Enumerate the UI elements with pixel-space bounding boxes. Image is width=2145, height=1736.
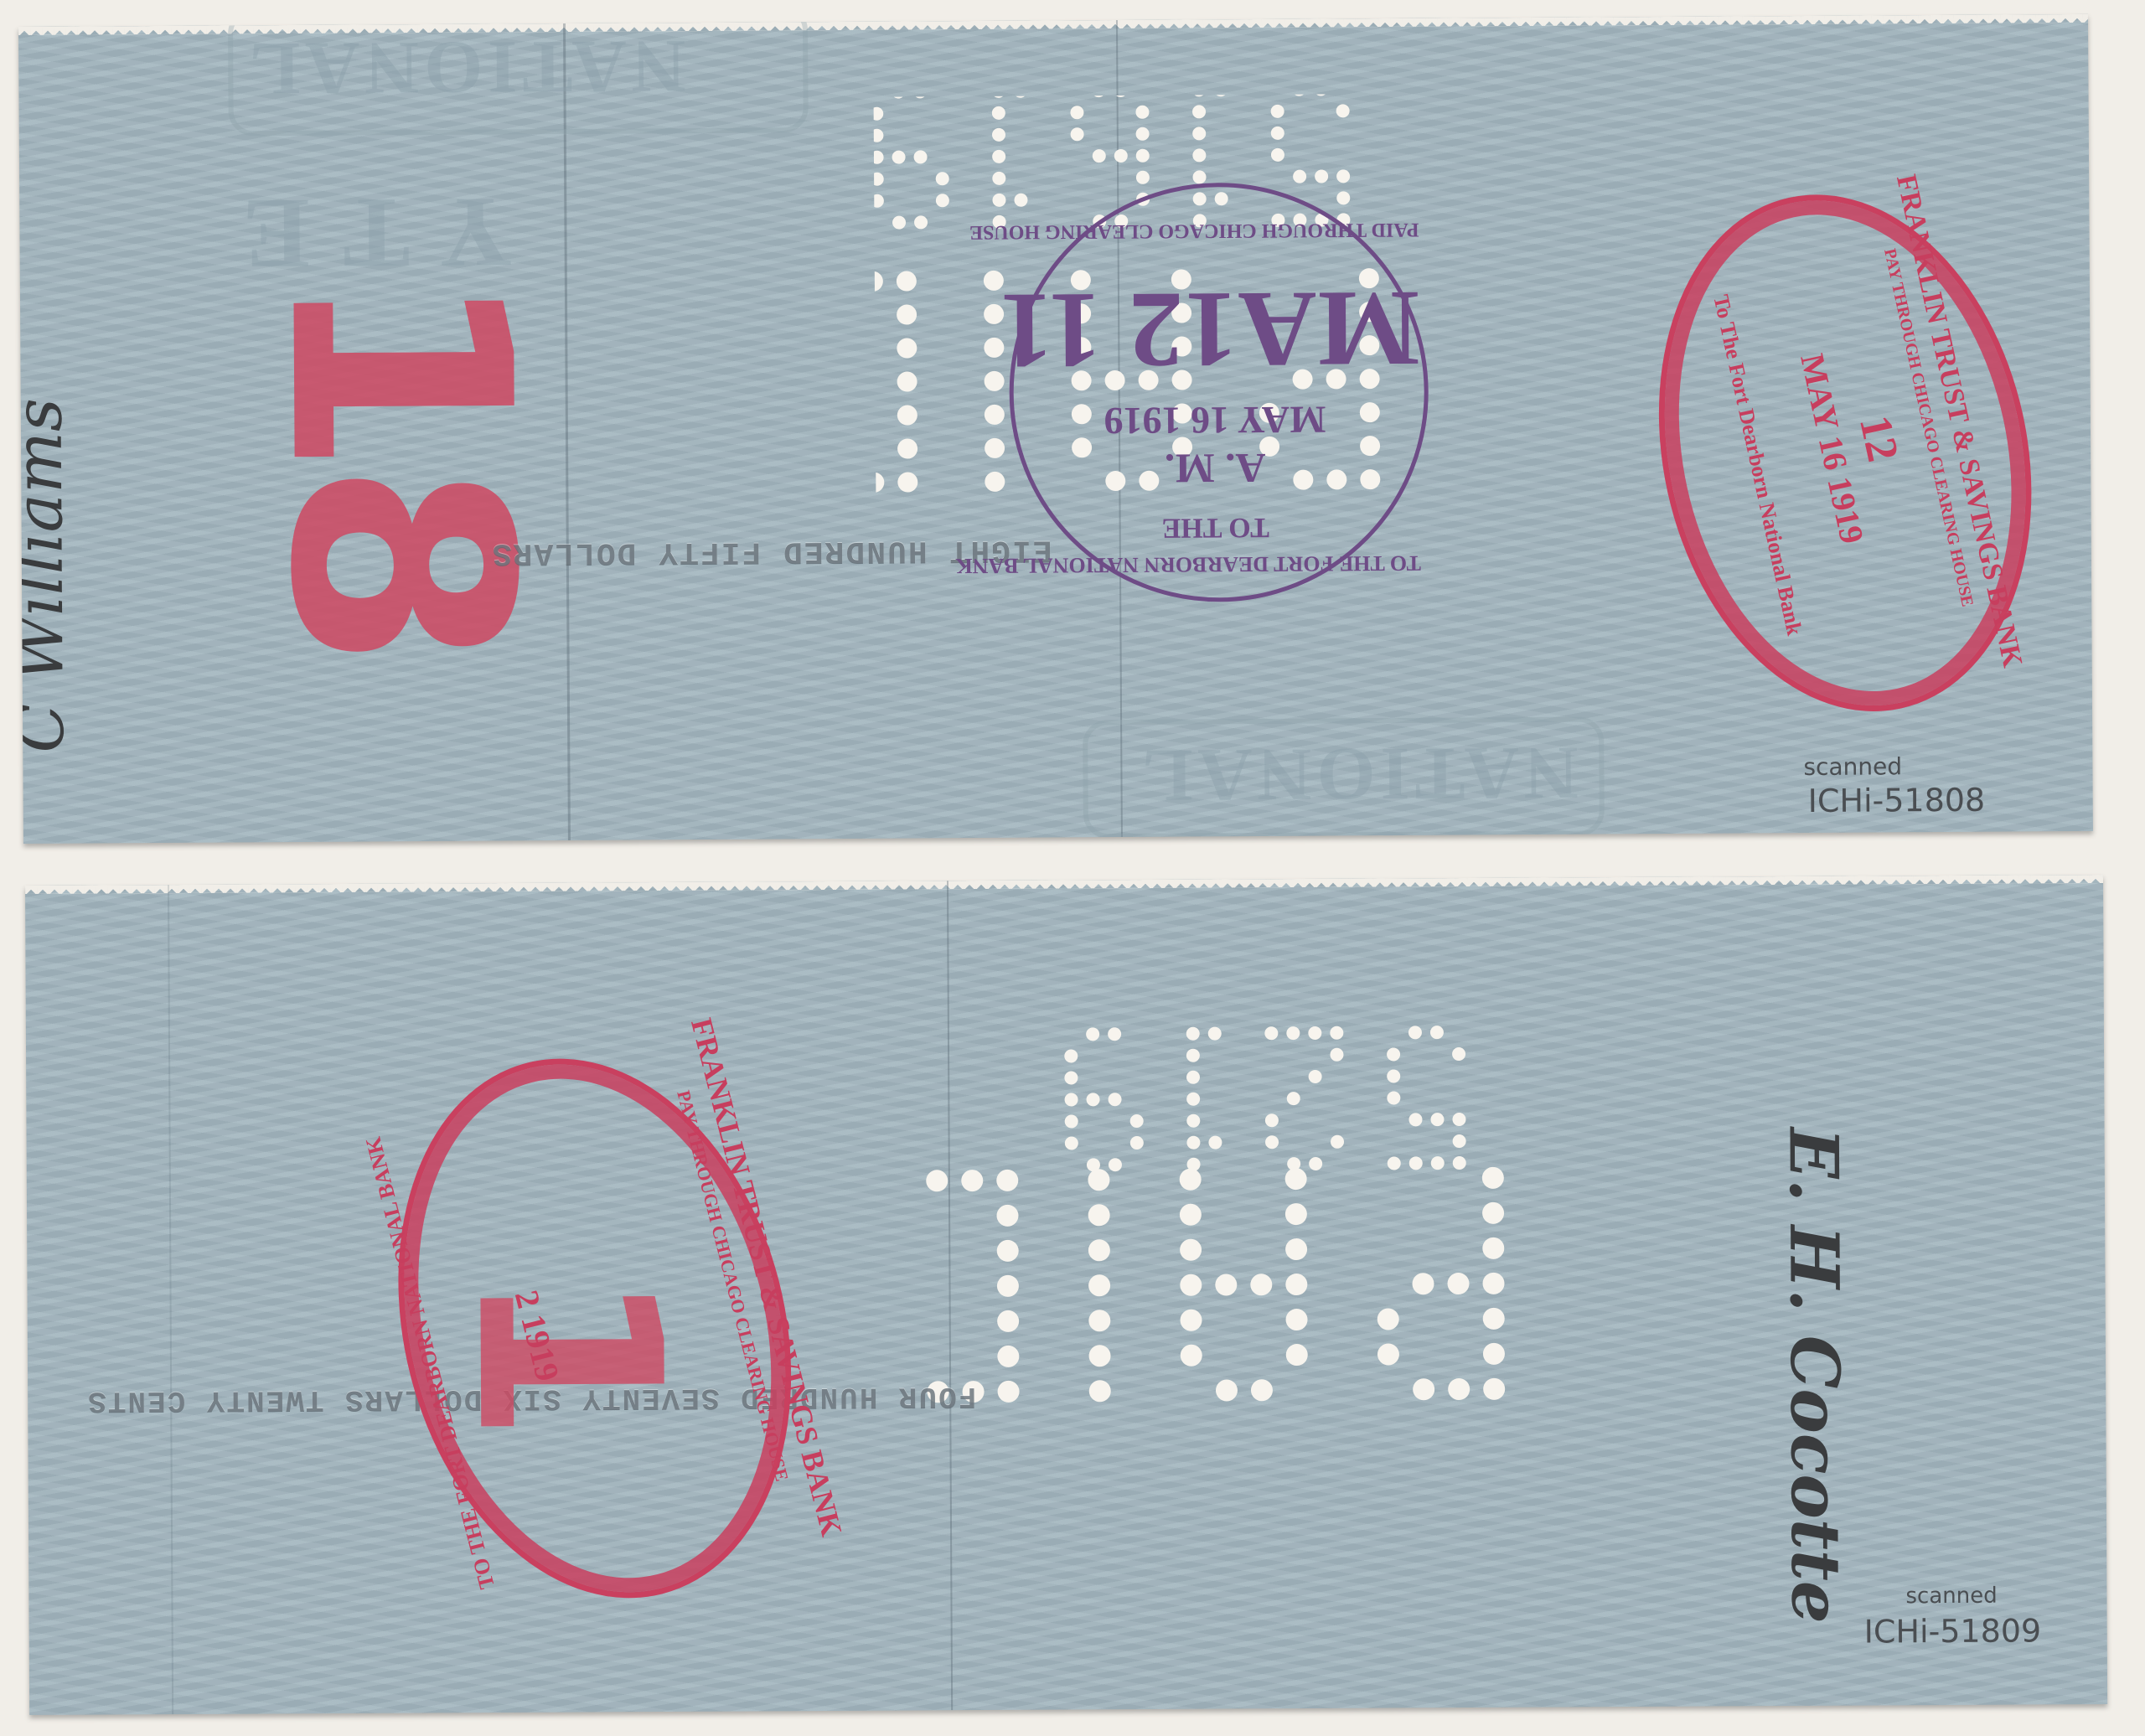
stamp-time: MA12 11 <box>1009 266 1420 394</box>
bank-stamp-content: FRANKLIN TRUST & SAVINGS BANK PAY THROUG… <box>1552 220 2093 674</box>
archive-note: scanned <box>1803 752 1902 781</box>
perforated-edge <box>25 875 2103 894</box>
stamp-date: MAY 16 1919 <box>1010 397 1420 444</box>
check-back-top: NATIONAL Y T E NATIONAL 18 EIGHT HUNDRED… <box>18 14 2093 844</box>
stamp-number: 18 <box>246 266 550 654</box>
perforation-paid <box>923 1004 1528 1443</box>
stamp-am: A. M. <box>1010 443 1420 494</box>
archive-id: ICHi-51808 <box>1808 782 1986 819</box>
stamp-ring-text: TO THE FORT DEARBORN NATIONAL BANK <box>1010 550 1421 578</box>
stamp-text: TO THE <box>1010 510 1421 545</box>
stamp-date: 2 1919 <box>473 1152 602 1519</box>
watermark-text: NATIONAL <box>245 23 686 111</box>
archive-id: ICHi-51809 <box>1864 1612 2042 1650</box>
check-back-bottom: FOUR HUNDRED SEVENTY SIX DOLLARS TWENTY … <box>25 875 2107 1715</box>
endorsement-signature: E. H. Cocotte <box>1775 1128 1856 1624</box>
bank-stamp-content: FRANKLIN TRUST & SAVINGS BANK PAY THROUG… <box>283 1077 894 1567</box>
endorsement-signature: C Williams <box>18 398 79 753</box>
archive-note: scanned <box>1905 1584 1997 1609</box>
watermark-text: NATIONAL <box>1137 730 1579 819</box>
fold-line <box>168 885 173 1714</box>
clearing-house-stamp-content: TO THE TO THE FORT DEARBORN NATIONAL BAN… <box>1008 182 1421 595</box>
stamp-ring-text: PAID THROUGH CHICAGO CLEARING HOUSE <box>1008 218 1419 243</box>
